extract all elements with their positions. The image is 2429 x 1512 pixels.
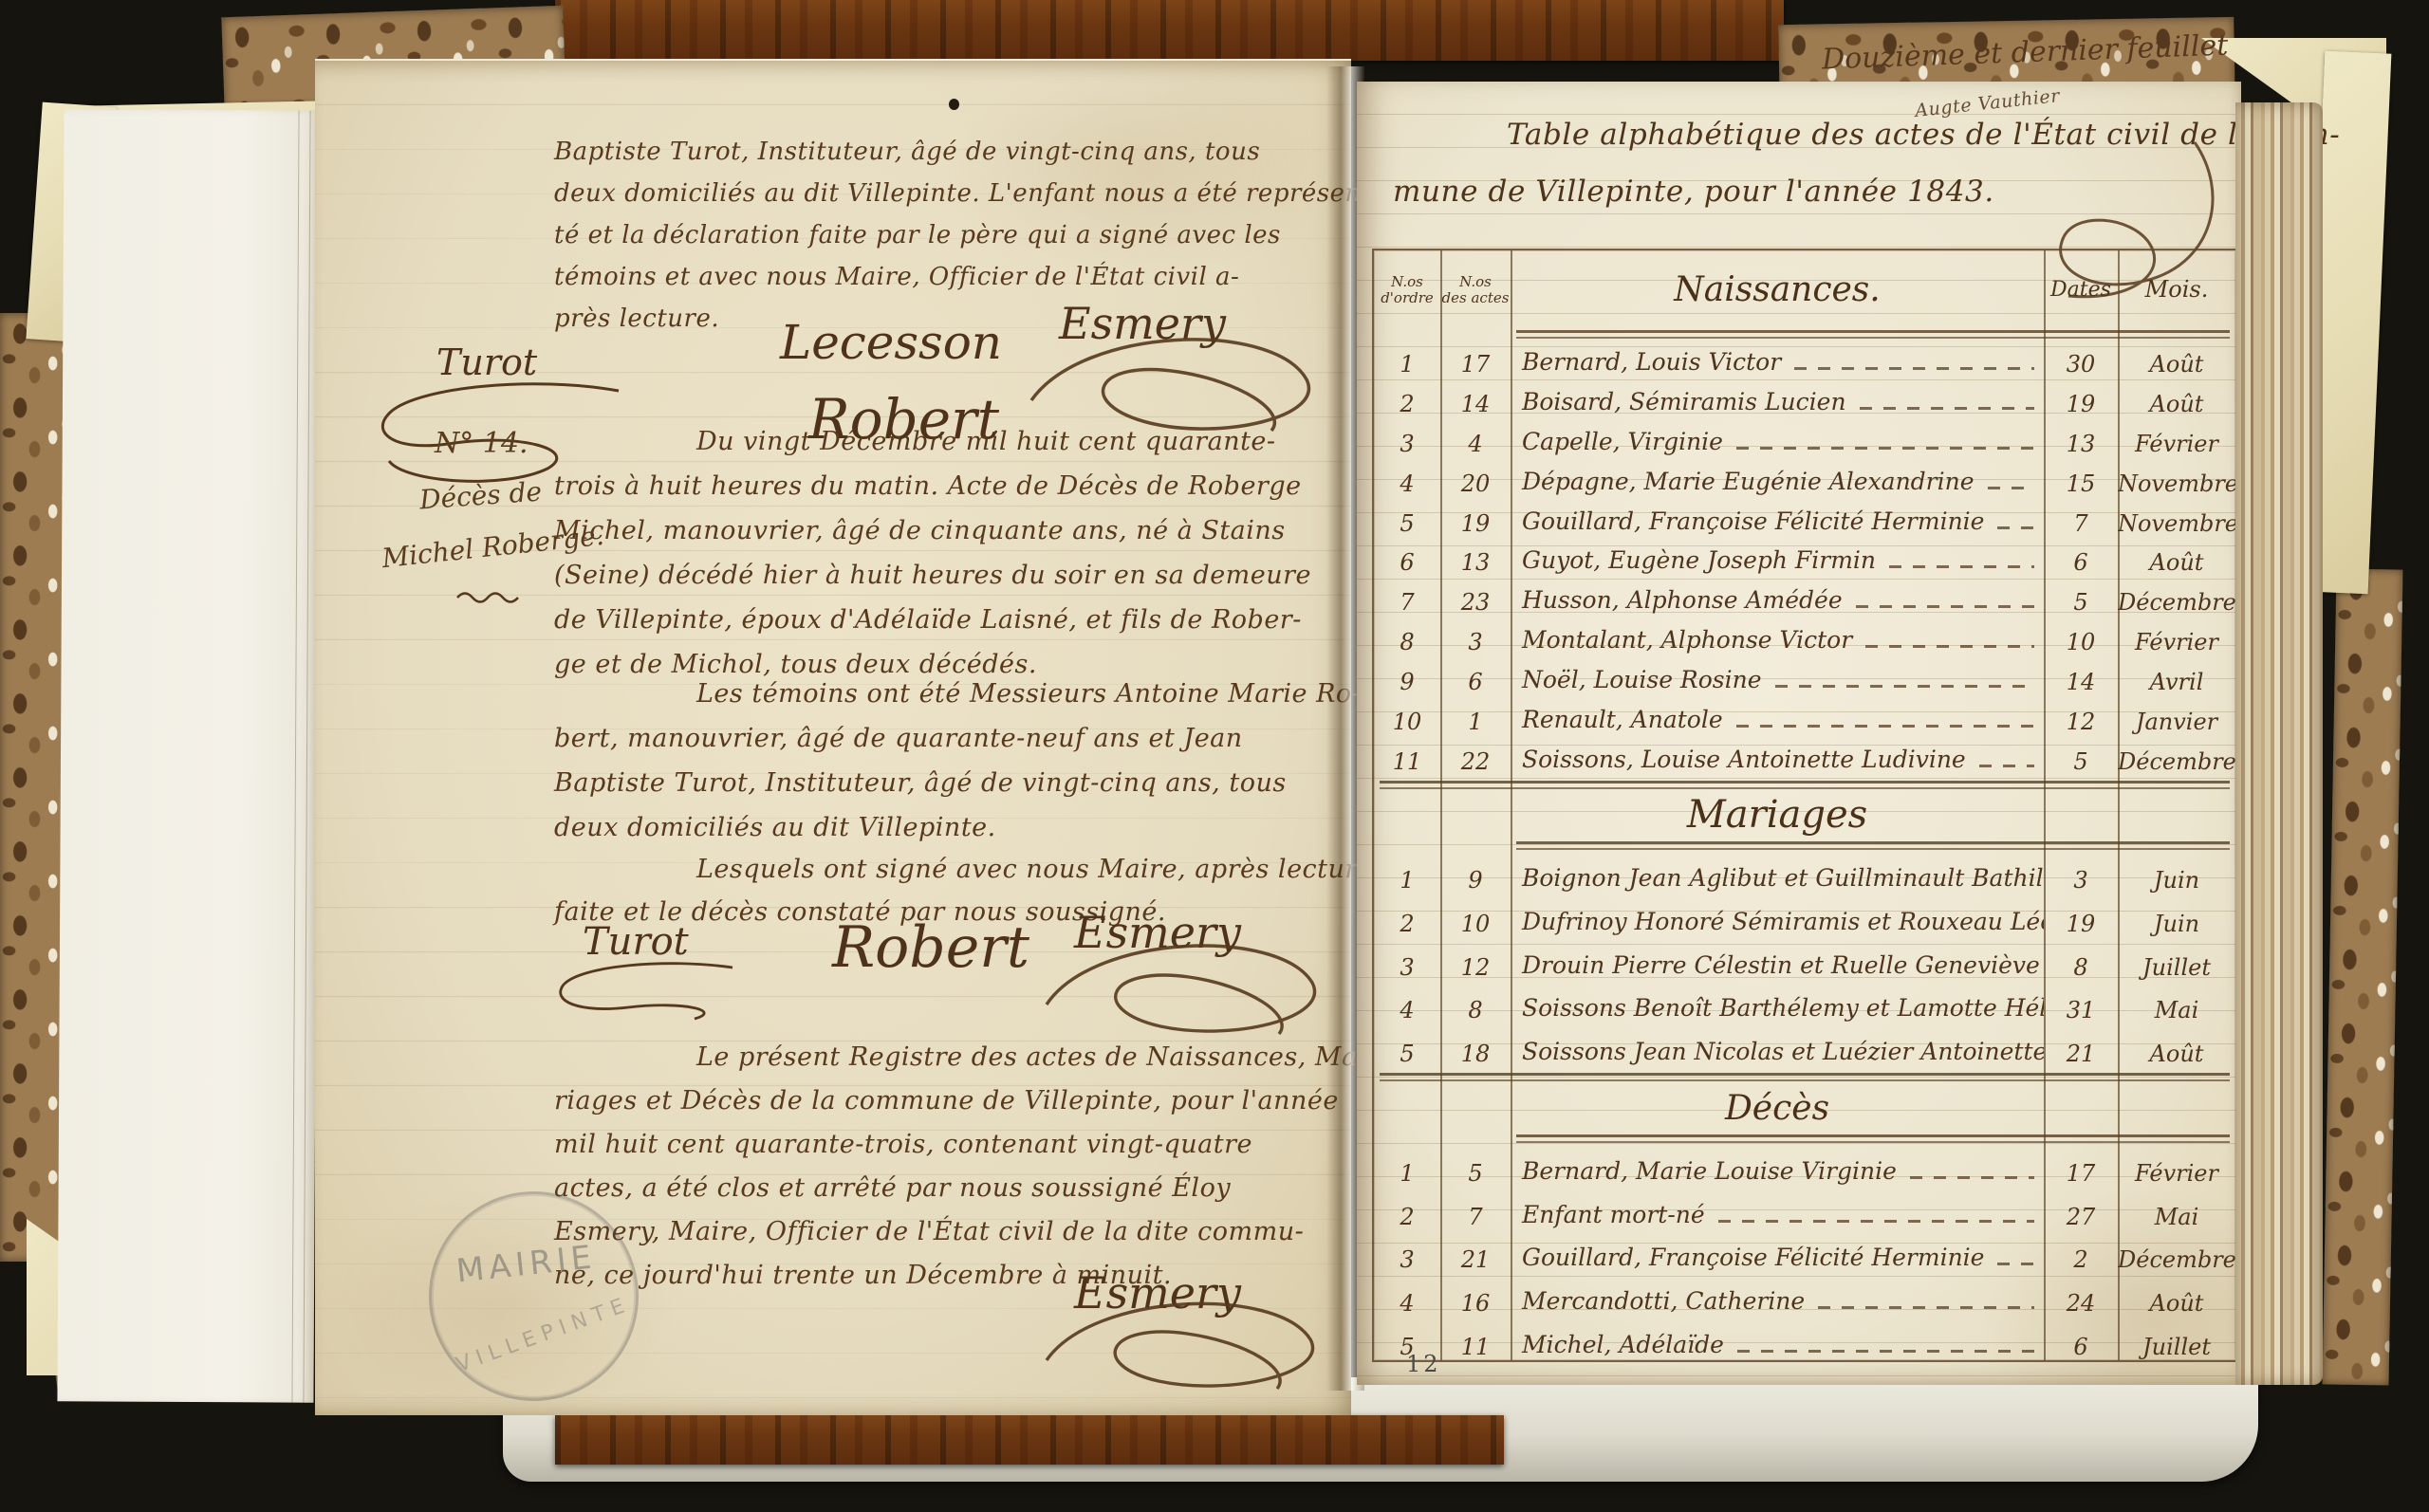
cell-numero-acte: 9 bbox=[1440, 867, 1511, 894]
table-title-line2: mune de Villepinte, pour l'année 1843. bbox=[1393, 175, 1994, 209]
table-row: 416Mercandotti, Catherine24Août bbox=[1374, 1273, 2235, 1317]
cell-numero-ordre: 2 bbox=[1374, 1204, 1440, 1230]
cell-numero-acte: 16 bbox=[1440, 1290, 1511, 1317]
photographed-register-book: Baptiste Turot, Instituteur, âgé de ving… bbox=[0, 0, 2429, 1512]
cell-month: Août bbox=[2118, 549, 2235, 576]
cell-month: Août bbox=[2118, 1041, 2235, 1067]
cell-name: Capelle, Virginie bbox=[1511, 428, 2044, 457]
manuscript-line: Du vingt Décembre mil huit cent quarante… bbox=[554, 419, 1361, 464]
table-row: 117Bernard, Louis Victor30Août bbox=[1374, 339, 2235, 378]
cell-name: Boignon Jean Aglibut et Guillminault Bat… bbox=[1511, 864, 2044, 894]
cell-month: Novembre bbox=[2118, 510, 2235, 537]
cell-name: Renault, Anatole bbox=[1511, 706, 2044, 735]
manuscript-line: Michel, manouvrier, âgé de cinquante ans… bbox=[554, 508, 1361, 553]
table-row: 19Boignon Jean Aglibut et Guillminault B… bbox=[1374, 850, 2235, 894]
name-text: Dufrinoy Honoré Sémiramis et Rouxeau Léo… bbox=[1522, 908, 2044, 935]
manuscript-line: mil huit cent quarante-trois, contenant … bbox=[554, 1123, 1370, 1167]
paragraph-death-act: Du vingt Décembre mil huit cent quarante… bbox=[554, 419, 1361, 687]
page-edge-crease bbox=[303, 111, 310, 1403]
name-text: Gouillard, Françoise Félicité Herminie bbox=[1522, 507, 1984, 535]
table-row: 511Michel, Adélaïde6Juillet bbox=[1374, 1317, 2235, 1360]
cell-month: Février bbox=[2118, 629, 2235, 655]
table-row: 27Enfant mort-né27Mai bbox=[1374, 1187, 2235, 1230]
manuscript-line: riages et Décès de la commune de Villepi… bbox=[554, 1079, 1370, 1123]
cell-date: 30 bbox=[2044, 351, 2118, 378]
cell-month: Juin bbox=[2118, 911, 2235, 937]
cell-numero-ordre: 6 bbox=[1374, 549, 1440, 576]
cell-month: Juin bbox=[2118, 867, 2235, 894]
dotted-leader bbox=[1856, 605, 2034, 608]
dotted-leader bbox=[1997, 1263, 2034, 1265]
name-text: Bernard, Marie Louise Virginie bbox=[1522, 1157, 1897, 1185]
dotted-leader bbox=[1818, 1306, 2034, 1309]
name-text: Soissons Benoît Barthélemy et Lamotte Hé… bbox=[1522, 994, 2044, 1022]
cell-month: Décembre bbox=[2118, 1246, 2235, 1273]
cell-name: Soissons Jean Nicolas et Luézier Antoine… bbox=[1511, 1038, 2044, 1067]
register-table-rows: N.osd'ordreN.osdes actesNaissances.Dates… bbox=[1374, 250, 2235, 1360]
cell-numero-acte: 7 bbox=[1440, 1204, 1511, 1230]
cell-name: Mercandotti, Catherine bbox=[1511, 1287, 2044, 1317]
section-title: Décès bbox=[1511, 1089, 2044, 1128]
manuscript-line: Le présent Registre des actes de Naissan… bbox=[554, 1036, 1370, 1079]
cell-date: 24 bbox=[2044, 1290, 2118, 1317]
cell-numero-ordre: 4 bbox=[1374, 1290, 1440, 1317]
cell-date: 5 bbox=[2044, 589, 2118, 616]
dotted-leader bbox=[1775, 685, 2034, 688]
cell-numero-acte: 17 bbox=[1440, 351, 1511, 378]
cell-month: Avril bbox=[2118, 669, 2235, 695]
cell-month: Mai bbox=[2118, 1204, 2235, 1230]
paragraph-register-closing: Le présent Registre des actes de Naissan… bbox=[554, 1036, 1370, 1298]
right-table-page: Table alphabétique des actes de l'État c… bbox=[1357, 82, 2241, 1385]
cell-numero-acte: 12 bbox=[1440, 954, 1511, 981]
name-text: Renault, Anatole bbox=[1522, 706, 1723, 733]
cell-numero-acte: 4 bbox=[1440, 431, 1511, 457]
cell-date: 27 bbox=[2044, 1204, 2118, 1230]
cell-name: Drouin Pierre Célestin et Ruelle Geneviè… bbox=[1511, 951, 2044, 981]
cell-name: Montalant, Alphonse Victor bbox=[1511, 626, 2044, 655]
name-text: Bernard, Louis Victor bbox=[1522, 348, 1781, 376]
margin-act-number: N° 14. bbox=[435, 427, 528, 460]
cell-numero-acte: 14 bbox=[1440, 391, 1511, 417]
manuscript-line: actes, a été clos et arrêté par nous sou… bbox=[554, 1167, 1370, 1210]
name-text: Boignon Jean Aglibut et Guillminault Bat… bbox=[1522, 864, 2044, 892]
manuscript-line: Baptiste Turot, Instituteur, âgé de ving… bbox=[554, 761, 1361, 805]
manuscript-line: Lesquels ont signé avec nous Maire, aprè… bbox=[554, 848, 1361, 891]
column-header-ordre: N.osd'ordre bbox=[1374, 274, 1440, 306]
manuscript-line: Baptiste Turot, Instituteur, âgé de ving… bbox=[554, 131, 1361, 173]
dotted-leader bbox=[1988, 487, 2034, 489]
cell-numero-acte: 3 bbox=[1440, 629, 1511, 655]
header-underline-rule bbox=[1516, 1134, 2230, 1143]
cell-date: 19 bbox=[2044, 391, 2118, 417]
cell-numero-ordre: 1 bbox=[1374, 1160, 1440, 1187]
manuscript-line: trois à huit heures du matin. Acte de Dé… bbox=[554, 464, 1361, 508]
cell-name: Dufrinoy Honoré Sémiramis et Rouxeau Léo… bbox=[1511, 908, 2044, 937]
cell-date: 14 bbox=[2044, 669, 2118, 695]
cell-month: Novembre bbox=[2118, 470, 2235, 497]
cell-date: 15 bbox=[2044, 470, 2118, 497]
register-table: N.osd'ordreN.osdes actesNaissances.Dates… bbox=[1372, 249, 2237, 1362]
name-text: Michel, Adélaïde bbox=[1522, 1331, 1724, 1358]
section-header-band: Décès bbox=[1374, 1081, 2235, 1134]
column-header-actes: N.osdes actes bbox=[1440, 274, 1511, 306]
cell-date: 13 bbox=[2044, 431, 2118, 457]
cell-month: Janvier bbox=[2118, 709, 2235, 735]
section-divider-rule bbox=[1380, 1073, 2230, 1081]
wooden-bar-top bbox=[555, 0, 1784, 61]
cell-numero-acte: 21 bbox=[1440, 1246, 1511, 1273]
paragraph-witnesses: Les témoins ont été Messieurs Antoine Ma… bbox=[554, 672, 1361, 850]
cell-numero-ordre: 4 bbox=[1374, 470, 1440, 497]
manuscript-line: té et la déclaration faite par le père q… bbox=[554, 214, 1361, 256]
cell-name: Michel, Adélaïde bbox=[1511, 1331, 2044, 1360]
manuscript-line: bert, manouvrier, âgé de quarante-neuf a… bbox=[554, 716, 1361, 761]
cell-numero-ordre: 7 bbox=[1374, 589, 1440, 616]
dotted-leader bbox=[1910, 1176, 2034, 1179]
blank-flyleaf-page bbox=[57, 109, 320, 1402]
manuscript-line: deux domiciliés au dit Villepinte. bbox=[554, 805, 1361, 850]
cell-numero-acte: 1 bbox=[1440, 709, 1511, 735]
table-row: 15Bernard, Marie Louise Virginie17Févrie… bbox=[1374, 1143, 2235, 1187]
header-underline-rule bbox=[1516, 841, 2230, 850]
manuscript-line: deux domiciliés au dit Villepinte. L'enf… bbox=[554, 173, 1361, 214]
page-stack-fore-edge bbox=[2235, 102, 2323, 1385]
table-row: 96Noël, Louise Rosine14Avril bbox=[1374, 655, 2235, 695]
cell-name: Boisard, Sémiramis Lucien bbox=[1511, 388, 2044, 417]
name-text: Drouin Pierre Célestin et Ruelle Geneviè… bbox=[1522, 951, 2044, 979]
table-row: 312Drouin Pierre Célestin et Ruelle Gene… bbox=[1374, 937, 2235, 981]
dotted-leader bbox=[1794, 367, 2034, 370]
cell-date: 6 bbox=[2044, 549, 2118, 576]
table-row: 34Capelle, Virginie13Février bbox=[1374, 417, 2235, 457]
cell-name: Gouillard, Françoise Félicité Herminie bbox=[1511, 1244, 2044, 1273]
ink-blot bbox=[949, 99, 959, 110]
table-row: 83Montalant, Alphonse Victor10Février bbox=[1374, 616, 2235, 655]
signature-flourish bbox=[1032, 1275, 1336, 1398]
section-title: Naissances. bbox=[1511, 270, 2044, 309]
dotted-leader bbox=[1979, 765, 2034, 767]
name-text: Montalant, Alphonse Victor bbox=[1522, 626, 1852, 654]
cell-date: 8 bbox=[2044, 954, 2118, 981]
name-text: Noël, Louise Rosine bbox=[1522, 666, 1762, 693]
cell-name: Enfant mort-né bbox=[1511, 1201, 2044, 1230]
cell-numero-acte: 18 bbox=[1440, 1041, 1511, 1067]
header-underline-rule bbox=[1516, 330, 2230, 339]
cell-name: Noël, Louise Rosine bbox=[1511, 666, 2044, 695]
dotted-leader bbox=[1718, 1220, 2034, 1223]
cell-numero-ordre: 3 bbox=[1374, 954, 1440, 981]
name-text: Mercandotti, Catherine bbox=[1522, 1287, 1805, 1315]
table-row: 613Guyot, Eugène Joseph Firmin6Août bbox=[1374, 537, 2235, 577]
cell-numero-ordre: 3 bbox=[1374, 1246, 1440, 1273]
name-text: Guyot, Eugène Joseph Firmin bbox=[1522, 546, 1876, 574]
cell-numero-acte: 23 bbox=[1440, 589, 1511, 616]
cell-numero-acte: 10 bbox=[1440, 911, 1511, 937]
cell-date: 3 bbox=[2044, 867, 2118, 894]
cell-month: Décembre bbox=[2118, 589, 2235, 616]
cell-month: Mai bbox=[2118, 997, 2235, 1023]
dotted-leader bbox=[1736, 447, 2034, 450]
cell-name: Husson, Alphonse Amédée bbox=[1511, 586, 2044, 616]
dotted-leader bbox=[1860, 407, 2034, 410]
left-manuscript-page: Baptiste Turot, Instituteur, âgé de ving… bbox=[315, 59, 1351, 1415]
table-row: 214Boisard, Sémiramis Lucien19Août bbox=[1374, 378, 2235, 417]
table-title-insert: Augte Vauthier bbox=[1914, 85, 2061, 121]
table-row: 321Gouillard, Françoise Félicité Hermini… bbox=[1374, 1230, 2235, 1274]
cell-numero-ordre: 4 bbox=[1374, 997, 1440, 1023]
cell-month: Juillet bbox=[2118, 1334, 2235, 1360]
wooden-bar-bottom bbox=[555, 1415, 1504, 1465]
dotted-leader bbox=[1736, 725, 2034, 728]
cell-name: Guyot, Eugène Joseph Firmin bbox=[1511, 546, 2044, 576]
dotted-leader bbox=[1737, 1350, 2034, 1353]
cell-date: 19 bbox=[2044, 911, 2118, 937]
cell-month: Août bbox=[2118, 351, 2235, 378]
column-header-mois: Mois. bbox=[2118, 282, 2235, 298]
name-text: Enfant mort-né bbox=[1522, 1201, 1705, 1228]
cell-numero-acte: 11 bbox=[1440, 1334, 1511, 1360]
cell-numero-ordre: 2 bbox=[1374, 391, 1440, 417]
cell-numero-ordre: 3 bbox=[1374, 431, 1440, 457]
page-edge-crease bbox=[291, 111, 299, 1403]
cell-name: Soissons Benoît Barthélemy et Lamotte Hé… bbox=[1511, 994, 2044, 1023]
cell-numero-ordre: 11 bbox=[1374, 748, 1440, 775]
cell-date: 17 bbox=[2044, 1160, 2118, 1187]
cell-numero-ordre: 5 bbox=[1374, 510, 1440, 537]
table-row: 1122Soissons, Louise Antoinette Ludivine… bbox=[1374, 735, 2235, 775]
name-text: Gouillard, Françoise Félicité Herminie bbox=[1522, 1244, 1984, 1271]
manuscript-line: (Seine) décédé hier à huit heures du soi… bbox=[554, 553, 1361, 598]
table-row: 48Soissons Benoît Barthélemy et Lamotte … bbox=[1374, 981, 2235, 1024]
cell-date: 10 bbox=[2044, 629, 2118, 655]
cell-numero-acte: 8 bbox=[1440, 997, 1511, 1023]
cell-numero-ordre: 8 bbox=[1374, 629, 1440, 655]
section-header-band: N.osd'ordreN.osdes actesNaissances.Dates… bbox=[1374, 250, 2235, 330]
table-row: 518Soissons Jean Nicolas et Luézier Anto… bbox=[1374, 1023, 2235, 1067]
section-divider-rule bbox=[1380, 781, 2230, 789]
cell-date: 7 bbox=[2044, 510, 2118, 537]
cell-month: Juillet bbox=[2118, 954, 2235, 981]
cell-numero-acte: 22 bbox=[1440, 748, 1511, 775]
cell-name: Gouillard, Françoise Félicité Herminie bbox=[1511, 507, 2044, 537]
cell-date: 12 bbox=[2044, 709, 2118, 735]
manuscript-line: Esmery, Maire, Officier de l'État civil … bbox=[554, 1210, 1370, 1254]
signature-lecesson: Lecesson bbox=[780, 315, 1002, 370]
signature-flourish bbox=[1032, 914, 1336, 1047]
cell-date: 2 bbox=[2044, 1246, 2118, 1273]
dotted-leader bbox=[1997, 526, 2034, 529]
section-header-band: Mariages bbox=[1374, 789, 2235, 842]
name-text: Dépagne, Marie Eugénie Alexandrine bbox=[1522, 468, 1975, 495]
table-row: 101Renault, Anatole12Janvier bbox=[1374, 695, 2235, 735]
cell-numero-acte: 6 bbox=[1440, 669, 1511, 695]
cell-month: Août bbox=[2118, 391, 2235, 417]
cell-month: Février bbox=[2118, 431, 2235, 457]
cell-numero-ordre: 10 bbox=[1374, 709, 1440, 735]
table-row: 519Gouillard, Françoise Félicité Hermini… bbox=[1374, 497, 2235, 537]
page-number: 12 bbox=[1406, 1351, 1441, 1377]
stamp-text: VILLEPINTE bbox=[453, 1292, 633, 1377]
signature-flourish bbox=[543, 956, 751, 1023]
cell-date: 31 bbox=[2044, 997, 2118, 1023]
dotted-leader bbox=[1865, 645, 2034, 648]
cell-month: Décembre bbox=[2118, 748, 2235, 775]
cell-numero-ordre: 1 bbox=[1374, 351, 1440, 378]
cell-date: 6 bbox=[2044, 1334, 2118, 1360]
column-header-text: N.os bbox=[1459, 274, 1492, 290]
cell-date: 5 bbox=[2044, 748, 2118, 775]
column-header-dates: Dates bbox=[2044, 282, 2118, 298]
table-row: 210Dufrinoy Honoré Sémiramis et Rouxeau … bbox=[1374, 894, 2235, 937]
cell-name: Soissons, Louise Antoinette Ludivine bbox=[1511, 746, 2044, 775]
cell-numero-ordre: 5 bbox=[1374, 1041, 1440, 1067]
cell-numero-acte: 5 bbox=[1440, 1160, 1511, 1187]
marbled-cover-right bbox=[2323, 568, 2403, 1385]
name-text: Capelle, Virginie bbox=[1522, 428, 1723, 455]
cell-numero-ordre: 1 bbox=[1374, 867, 1440, 894]
name-text: Soissons Jean Nicolas et Luézier Antoine… bbox=[1522, 1038, 2044, 1065]
section-title: Mariages bbox=[1511, 793, 2044, 837]
cell-numero-ordre: 9 bbox=[1374, 669, 1440, 695]
cell-name: Bernard, Louis Victor bbox=[1511, 348, 2044, 378]
cell-date: 21 bbox=[2044, 1041, 2118, 1067]
cell-numero-ordre: 2 bbox=[1374, 911, 1440, 937]
cell-name: Bernard, Marie Louise Virginie bbox=[1511, 1157, 2044, 1187]
cell-name: Dépagne, Marie Eugénie Alexandrine bbox=[1511, 468, 2044, 497]
table-row: 420Dépagne, Marie Eugénie Alexandrine15N… bbox=[1374, 457, 2235, 497]
signature-robert-2: Robert bbox=[832, 914, 1029, 981]
margin-squiggle bbox=[455, 588, 522, 605]
dotted-leader bbox=[1889, 565, 2034, 568]
column-header-text: d'ordre bbox=[1381, 290, 1434, 306]
cell-numero-acte: 13 bbox=[1440, 549, 1511, 576]
column-header-text: Mois. bbox=[2145, 282, 2209, 298]
stamp-text: MAIRIE bbox=[454, 1238, 598, 1290]
manuscript-line: témoins et avec nous Maire, Officier de … bbox=[554, 256, 1361, 298]
name-text: Husson, Alphonse Amédée bbox=[1522, 586, 1843, 614]
column-header-text: des actes bbox=[1442, 290, 1510, 306]
cell-numero-acte: 20 bbox=[1440, 470, 1511, 497]
cell-month: Août bbox=[2118, 1290, 2235, 1317]
table-row: 723Husson, Alphonse Amédée5Décembre bbox=[1374, 576, 2235, 616]
name-text: Boisard, Sémiramis Lucien bbox=[1522, 388, 1846, 415]
name-text: Soissons, Louise Antoinette Ludivine bbox=[1522, 746, 1966, 773]
column-header-text: N.os bbox=[1391, 274, 1423, 290]
column-header-text: Dates bbox=[2050, 282, 2111, 298]
manuscript-line: Les témoins ont été Messieurs Antoine Ma… bbox=[554, 672, 1361, 716]
manuscript-line: de Villepinte, époux d'Adélaïde Laisné, … bbox=[554, 598, 1361, 642]
cell-month: Février bbox=[2118, 1160, 2235, 1187]
cell-numero-acte: 19 bbox=[1440, 510, 1511, 537]
